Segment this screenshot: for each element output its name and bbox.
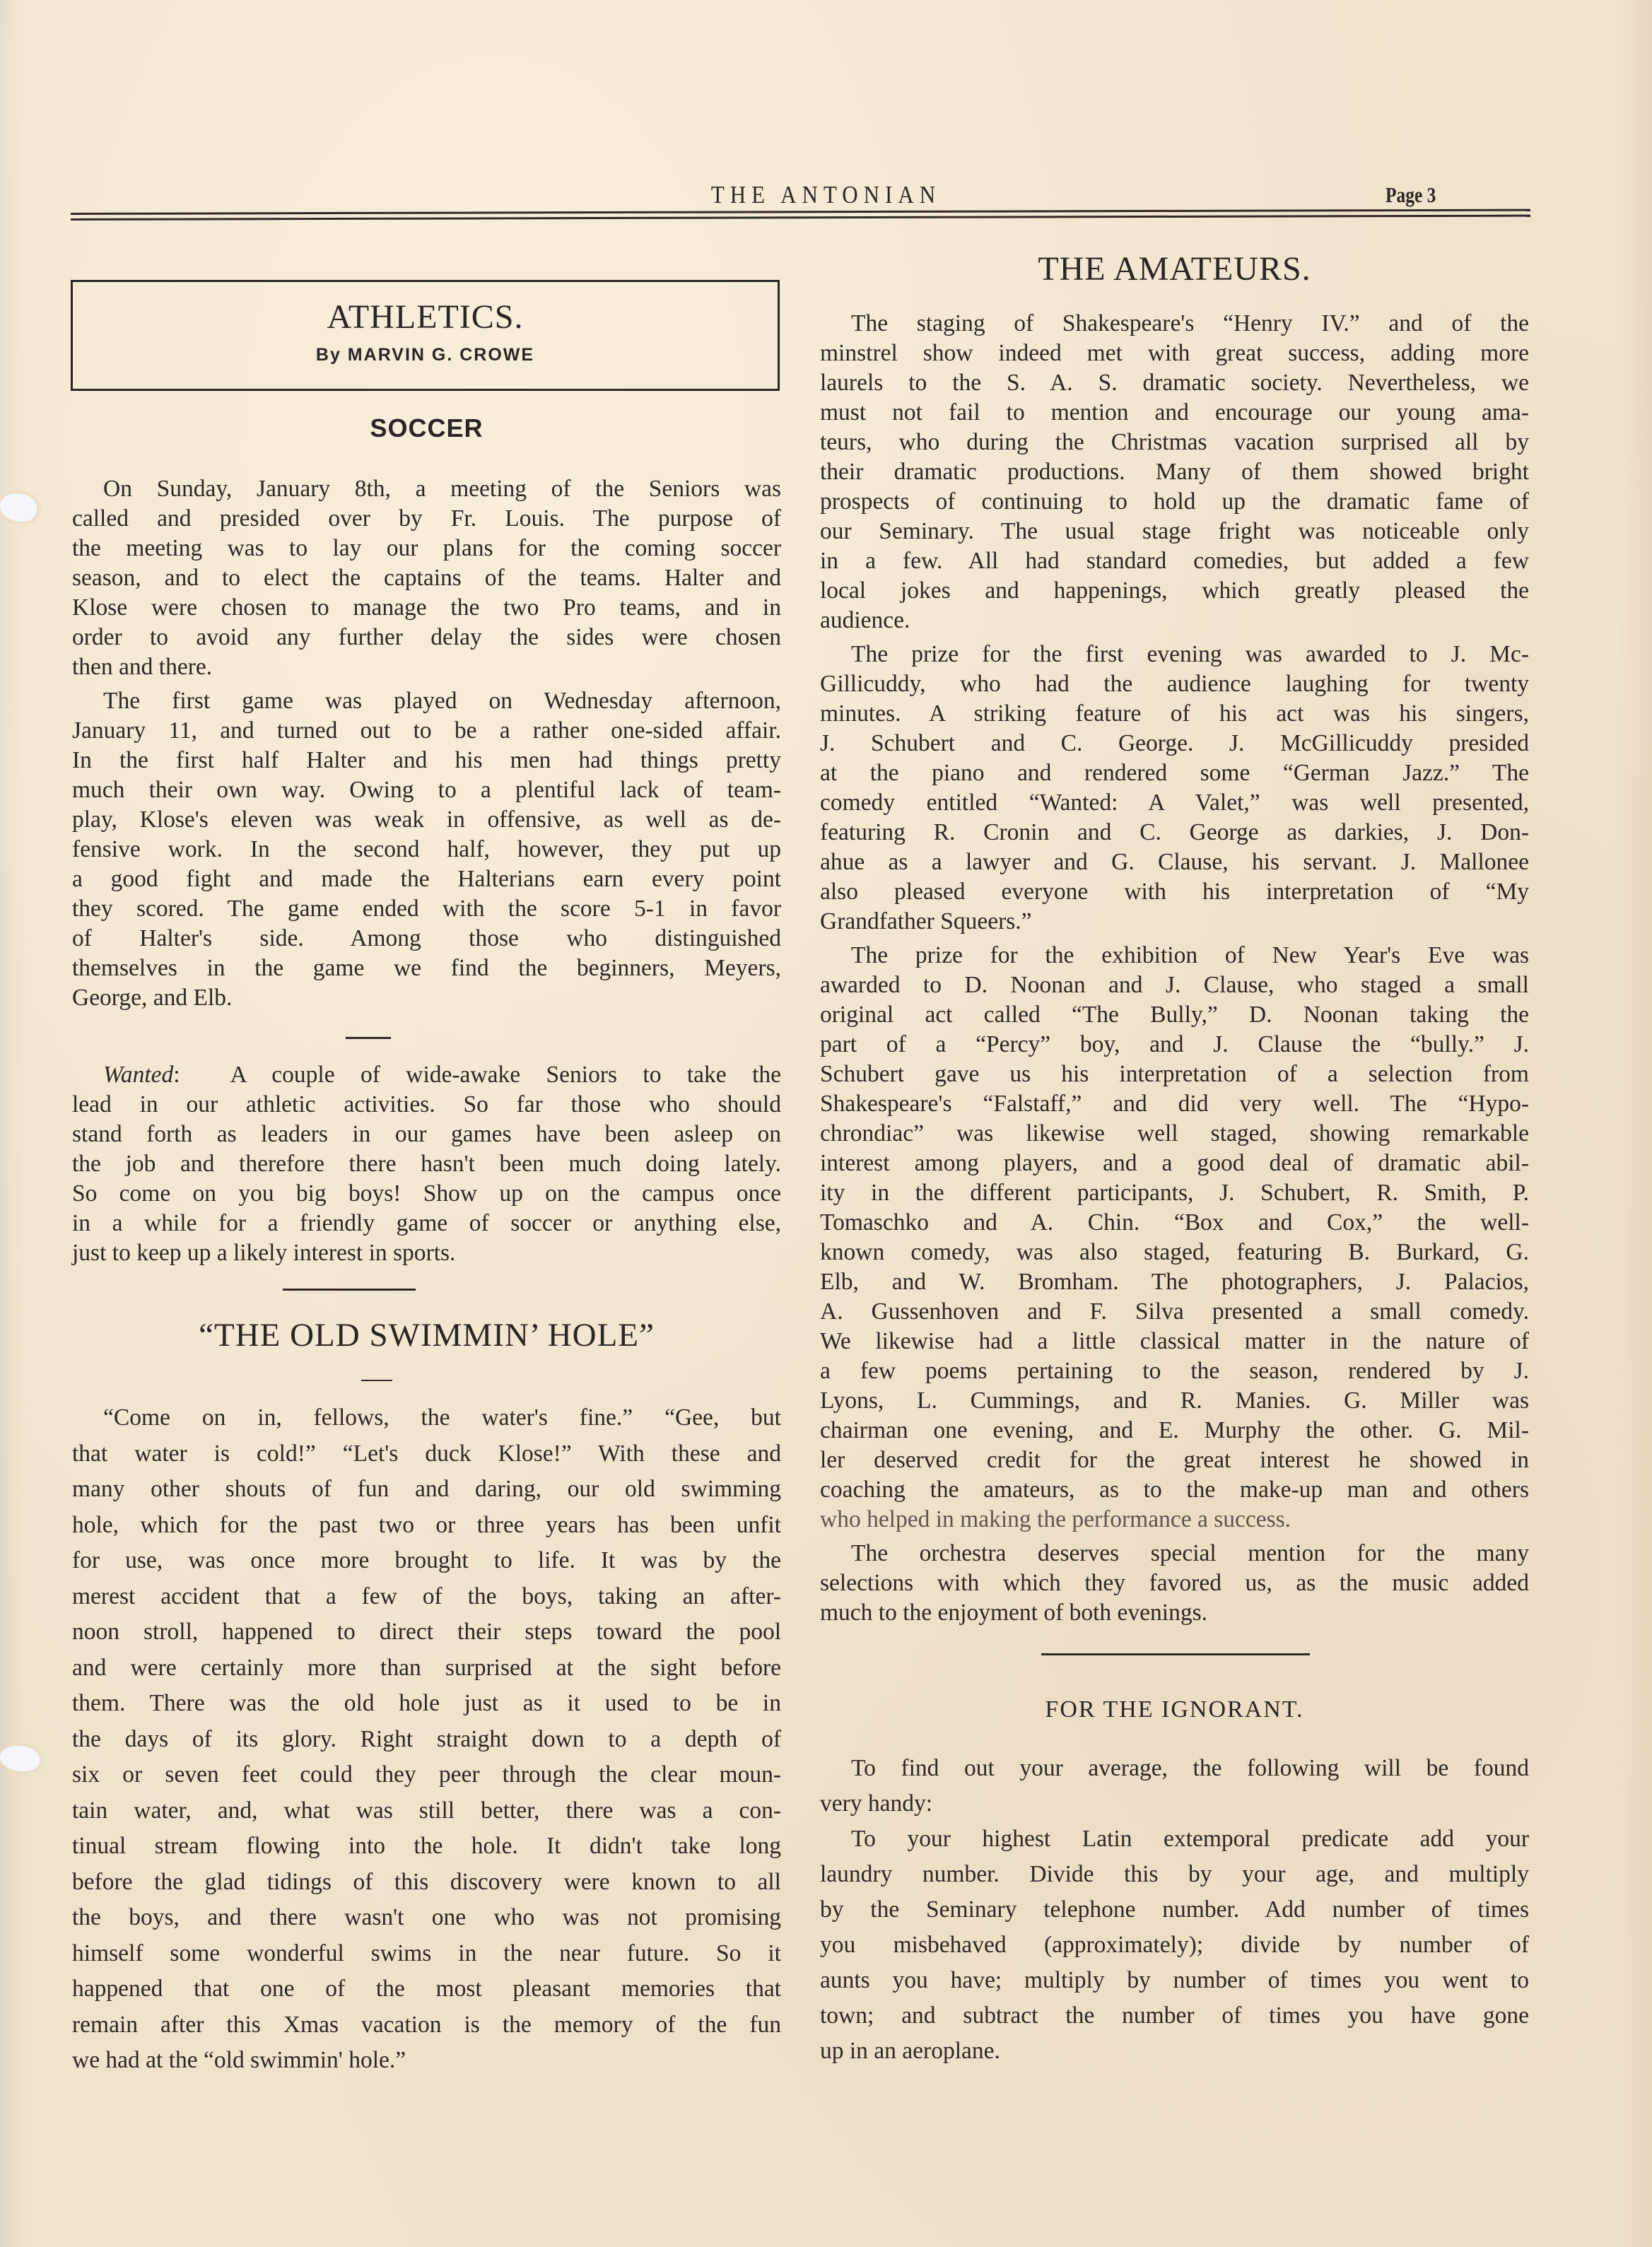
text-line: much their own way. Owing to a plentiful…	[72, 775, 781, 804]
text-line: called and presided over by Fr. Louis. T…	[72, 504, 781, 533]
section-divider	[283, 1289, 416, 1291]
text-line: lead in our athletic activities. So far …	[72, 1090, 781, 1119]
text-line: stand forth as leaders in our games have…	[72, 1120, 781, 1149]
text-line: by the Seminary telephone number. Add nu…	[820, 1895, 1529, 1924]
swimming-hole-heading: “THE OLD SWIMMIN’ HOLE”	[72, 1316, 781, 1354]
text-line: ity in the different participants, J. Sc…	[820, 1178, 1529, 1207]
text-line: the days of its glory. Right straight do…	[72, 1725, 781, 1754]
text-line: chrondiac” was likewise well staged, sho…	[820, 1119, 1529, 1148]
text-line: much to the enjoyment of both evenings.	[820, 1598, 1529, 1627]
text-line: Schubert gave us his interpretation of a…	[820, 1060, 1529, 1089]
text-line: of Halter's side. Among those who distin…	[72, 924, 781, 953]
text-line: just to keep up a likely interest in spo…	[72, 1238, 781, 1267]
text-line: town; and subtract the number of times y…	[820, 2001, 1529, 2030]
text-line: local jokes and happenings, which greatl…	[820, 576, 1529, 605]
text-line: very handy:	[820, 1789, 1529, 1818]
amateurs-heading: THE AMATEURS.	[820, 250, 1529, 288]
text-line: up in an aeroplane.	[820, 2036, 1529, 2065]
text-line: must not fail to mention and encourage o…	[820, 398, 1529, 427]
text-line: laurels to the S. A. S. dramatic society…	[820, 368, 1529, 397]
text-line: at the piano and rendered some “German J…	[820, 758, 1529, 787]
text-line: our Seminary. The usual stage fright was…	[820, 517, 1529, 546]
text-line: hole, which for the past two or three ye…	[72, 1510, 781, 1539]
text-line: interest among players, and a good deal …	[820, 1149, 1529, 1178]
text-line: tinual stream flowing into the hole. It …	[72, 1831, 781, 1860]
text-line: and were certainly more than surprised a…	[72, 1653, 781, 1682]
text-line: awarded to D. Noonan and J. Clause, who …	[820, 970, 1529, 999]
text-line: tain water, and, what was still better, …	[72, 1796, 781, 1825]
text-line: before the glad tidings of this discover…	[72, 1867, 781, 1896]
text-line: Gillicuddy, who had the audience laughin…	[820, 669, 1529, 698]
text-line: chairman one evening, and E. Murphy the …	[820, 1416, 1529, 1445]
text-line: The staging of Shakespeare's “Henry IV.”…	[820, 309, 1529, 338]
text-line: that water is cold!” “Let's duck Klose!”…	[72, 1439, 781, 1468]
text-line: the job and therefore there hasn't been …	[72, 1149, 781, 1178]
section-divider	[1041, 1653, 1310, 1655]
text-line: they scored. The game ended with the sco…	[72, 894, 781, 923]
text-line: a few poems pertaining to the season, re…	[820, 1356, 1529, 1385]
text-line: teurs, who during the Christmas vacation…	[820, 428, 1529, 457]
wanted-first-line: : A couple of wide-awake Seniors to take…	[173, 1060, 781, 1089]
ignorant-heading: FOR THE IGNORANT.	[820, 1696, 1529, 1723]
text-line: many other shouts of fun and daring, our…	[72, 1474, 781, 1503]
text-line: then and there.	[72, 652, 781, 681]
text-line: To find out your average, the following …	[820, 1754, 1529, 1783]
text-line: The prize for the exhibition of New Year…	[820, 941, 1529, 970]
text-line: in a few. All had standard comedies, but…	[820, 546, 1529, 575]
text-line: season, and to elect the captains of the…	[72, 563, 781, 592]
text-line: six or seven feet could they peer throug…	[72, 1760, 781, 1789]
section-divider	[346, 1037, 391, 1039]
text-line: aunts you have; multiply by number of ti…	[820, 1966, 1529, 1995]
text-line: Shakespeare's “Falstaff,” and did very w…	[820, 1089, 1529, 1118]
text-line: ahue as a lawyer and G. Clause, his serv…	[820, 847, 1529, 876]
text-line: known comedy, was also staged, featuring…	[820, 1238, 1529, 1267]
text-line: To your highest Latin extemporal predica…	[820, 1824, 1529, 1853]
text-line: January 11, and turned out to be a rathe…	[72, 716, 781, 745]
text-line: Klose were chosen to manage the two Pro …	[72, 593, 781, 622]
text-line: play, Klose's eleven was weak in offensi…	[72, 805, 781, 834]
wanted-label: Wanted	[103, 1060, 173, 1089]
right-column: THE AMATEURS. The staging of Shakespeare…	[820, 0, 1529, 2247]
text-line: prospects of continuing to hold up the d…	[820, 487, 1529, 516]
text-line: Grandfather Squeers.”	[820, 907, 1529, 936]
text-line: them. There was the old hole just as it …	[72, 1689, 781, 1718]
heading-underline	[361, 1380, 392, 1381]
text-line: who helped in making the performance a s…	[820, 1505, 1529, 1534]
soccer-heading: SOCCER	[72, 413, 781, 443]
text-line: themselves in the game we find the begin…	[72, 954, 781, 982]
text-line: the meeting was to lay our plans for the…	[72, 534, 781, 563]
text-line: also pleased everyone with his interpret…	[820, 877, 1529, 906]
text-line: audience.	[820, 606, 1529, 635]
text-line: himself some wonderful swims in the near…	[72, 1939, 781, 1968]
text-line: you misbehaved (approximately); divide b…	[820, 1930, 1529, 1959]
paper-tear-bottom	[0, 1746, 40, 1771]
left-column: SOCCER On Sunday, January 8th, a meeting…	[72, 0, 781, 2247]
text-line: Lyons, L. Cummings, and R. Manies. G. Mi…	[820, 1386, 1529, 1415]
text-line: in a while for a friendly game of soccer…	[72, 1209, 781, 1238]
text-line: fensive work. In the second half, howeve…	[72, 835, 781, 864]
text-line: George, and Elb.	[72, 983, 781, 1012]
text-line: their dramatic productions. Many of them…	[820, 457, 1529, 486]
text-line: A. Gussenhoven and F. Silva presented a …	[820, 1297, 1529, 1326]
text-line: selections with which they favored us, a…	[820, 1568, 1529, 1597]
text-line: remain after this Xmas vacation is the m…	[72, 2010, 781, 2039]
text-line: The prize for the first evening was awar…	[820, 640, 1529, 669]
text-line: In the first half Halter and his men had…	[72, 746, 781, 775]
text-line: minutes. A striking feature of his act w…	[820, 699, 1529, 728]
text-line: a good fight and made the Halterians ear…	[72, 864, 781, 893]
text-line: So come on you big boys! Show up on the …	[72, 1179, 781, 1208]
text-line: merest accident that a few of the boys, …	[72, 1582, 781, 1611]
text-line: noon stroll, happened to direct their st…	[72, 1617, 781, 1646]
text-line: coaching the amateurs, as to the make-up…	[820, 1475, 1529, 1504]
text-line: part of a “Percy” boy, and J. Clause the…	[820, 1030, 1529, 1059]
text-line: Elb, and W. Bromham. The photographers, …	[820, 1267, 1529, 1296]
text-line: happened that one of the most pleasant m…	[72, 1974, 781, 2003]
text-line: for use, was once more brought to life. …	[72, 1546, 781, 1575]
text-line: laundry number. Divide this by your age,…	[820, 1860, 1529, 1889]
text-line: we had at the “old swimmin' hole.”	[72, 2046, 781, 2075]
text-line: On Sunday, January 8th, a meeting of the…	[72, 474, 781, 503]
text-line: the boys, and there wasn't one who was n…	[72, 1903, 781, 1932]
text-line: We likewise had a little classical matte…	[820, 1327, 1529, 1356]
text-line: Tomaschko and A. Chin. “Box and Cox,” th…	[820, 1208, 1529, 1237]
text-line: minstrel show indeed met with great succ…	[820, 339, 1529, 368]
text-line: The orchestra deserves special mention f…	[820, 1539, 1529, 1568]
text-line: order to avoid any further delay the sid…	[72, 623, 781, 652]
text-line: ler deserved credit for the great intere…	[820, 1445, 1529, 1474]
text-line: The first game was played on Wednesday a…	[72, 686, 781, 715]
text-line: J. Schubert and C. George. J. McGillicud…	[820, 729, 1529, 758]
text-line: “Come on in, fellows, the water's fine.”…	[72, 1403, 781, 1432]
text-line: original act called “The Bully,” D. Noon…	[820, 1000, 1529, 1029]
paper-tear-top	[0, 493, 37, 522]
text-line: featuring R. Cronin and C. George as dar…	[820, 818, 1529, 847]
text-line: comedy entitled “Wanted: A Valet,” was w…	[820, 788, 1529, 817]
